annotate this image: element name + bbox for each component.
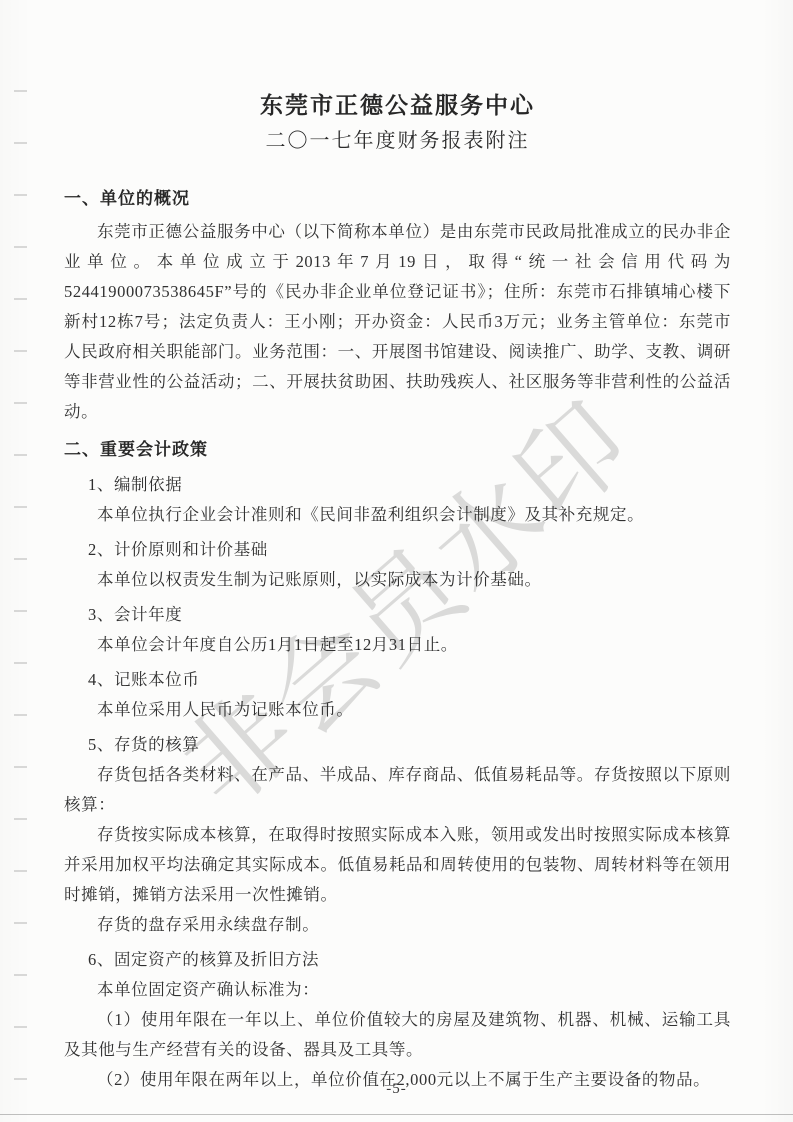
policy-item-5: 5、存货的核算 存货包括各类材料、在产品、半成品、库存商品、低值易耗品等。存货按… bbox=[64, 730, 731, 940]
policy-item-paragraph: 本单位采用人民币为记账本位币。 bbox=[64, 695, 731, 725]
overview-paragraph: 东莞市正德公益服务中心（以下简称本单位）是由东莞市民政局批准成立的民办非企业单位… bbox=[64, 217, 731, 427]
policy-item-paragraph: 本单位固定资产确认标准为： bbox=[64, 975, 731, 1005]
policy-item-label: 5、存货的核算 bbox=[88, 730, 731, 760]
scan-bottom-edge bbox=[0, 1114, 793, 1115]
policy-item-label: 3、会计年度 bbox=[88, 600, 731, 630]
policy-item-4: 4、记账本位币 本单位采用人民币为记账本位币。 bbox=[64, 665, 731, 725]
section-accounting-policies: 二、重要会计政策 1、编制依据 本单位执行企业会计准则和《民间非盈利组织会计制度… bbox=[64, 435, 731, 1095]
policy-item-paragraph: 本单位以权责发生制为记账原则，以实际成本为计价基础。 bbox=[64, 565, 731, 595]
scanned-document-page: 非会员水印 东莞市正德公益服务中心 二〇一七年度财务报表附注 一、单位的概况 东… bbox=[0, 0, 793, 1122]
policy-item-6: 6、固定资产的核算及折旧方法 本单位固定资产确认标准为： （1）使用年限在一年以… bbox=[64, 945, 731, 1095]
section-heading-1: 一、单位的概况 bbox=[64, 184, 731, 214]
policy-item-paragraph: 本单位执行企业会计准则和《民间非盈利组织会计制度》及其补充规定。 bbox=[64, 500, 731, 530]
policy-item-paragraph: 本单位会计年度自公历1月1日起至12月31日止。 bbox=[64, 630, 731, 660]
document-title: 东莞市正德公益服务中心 bbox=[64, 90, 731, 122]
policy-item-label: 6、固定资产的核算及折旧方法 bbox=[88, 945, 731, 975]
policy-item-3: 3、会计年度 本单位会计年度自公历1月1日起至12月31日止。 bbox=[64, 600, 731, 660]
page-number: -5- bbox=[0, 1081, 793, 1098]
section-heading-2: 二、重要会计政策 bbox=[64, 435, 731, 465]
policy-item-label: 4、记账本位币 bbox=[88, 665, 731, 695]
policy-item-1: 1、编制依据 本单位执行企业会计准则和《民间非盈利组织会计制度》及其补充规定。 bbox=[64, 470, 731, 530]
policy-item-2: 2、计价原则和计价基础 本单位以权责发生制为记账原则，以实际成本为计价基础。 bbox=[64, 535, 731, 595]
document-subtitle: 二〇一七年度财务报表附注 bbox=[64, 126, 731, 156]
policy-item-paragraph: 存货的盘存采用永续盘存制。 bbox=[64, 910, 731, 940]
policy-item-paragraph: 存货按实际成本核算，在取得时按照实际成本入账，领用或发出时按照实际成本核算并采用… bbox=[64, 820, 731, 910]
section-unit-overview: 一、单位的概况 东莞市正德公益服务中心（以下简称本单位）是由东莞市民政局批准成立… bbox=[64, 184, 731, 427]
policy-item-paragraph: 存货包括各类材料、在产品、半成品、库存商品、低值易耗品等。存货按照以下原则核算： bbox=[64, 760, 731, 820]
policy-item-label: 1、编制依据 bbox=[88, 470, 731, 500]
document-content: 东莞市正德公益服务中心 二〇一七年度财务报表附注 一、单位的概况 东莞市正德公益… bbox=[0, 0, 793, 1095]
policy-item-label: 2、计价原则和计价基础 bbox=[88, 535, 731, 565]
policy-item-paragraph: （1）使用年限在一年以上、单位价值较大的房屋及建筑物、机器、机械、运输工具及其他… bbox=[64, 1005, 731, 1065]
